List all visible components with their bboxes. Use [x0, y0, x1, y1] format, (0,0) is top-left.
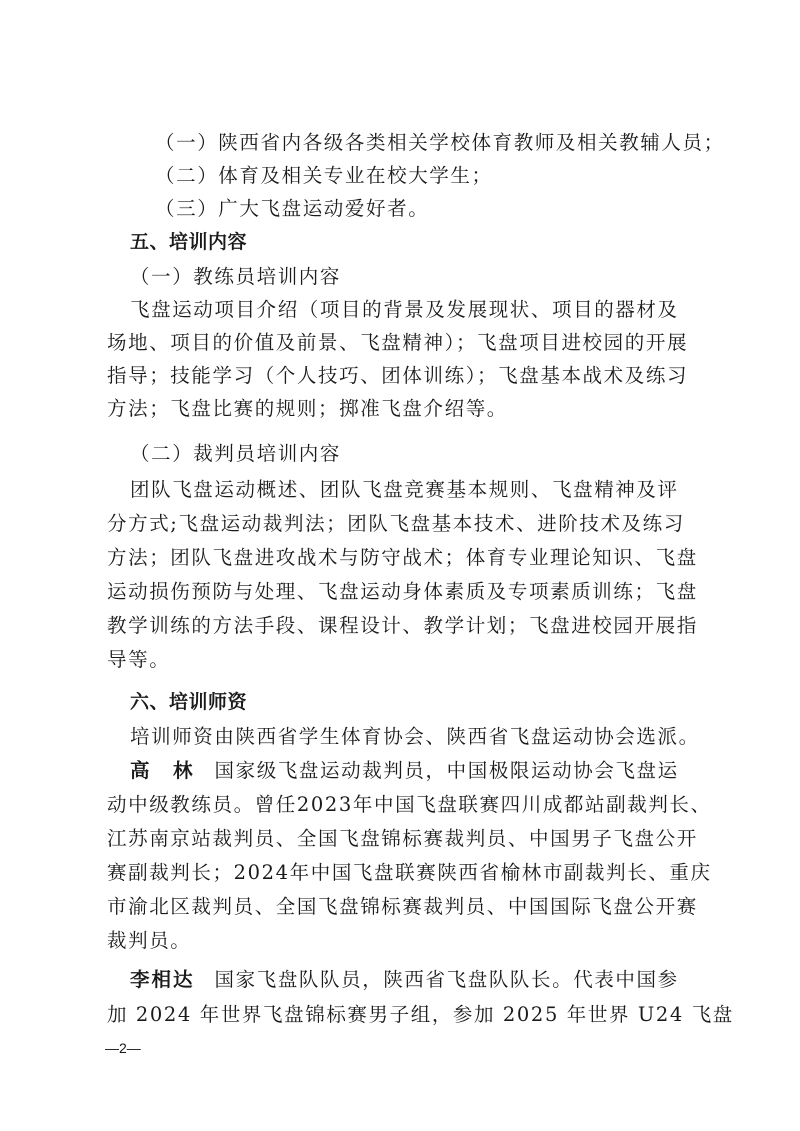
instructor-1-line: 市渝北区裁判员、全国飞盘锦标赛裁判员、中国国际飞盘公开赛: [107, 890, 707, 923]
instructor-2-desc: 国家飞盘队队员，陕西省飞盘队队长。代表中国参: [215, 968, 679, 991]
eligibility-item-3: （三）广大飞盘运动爱好者。: [155, 192, 710, 225]
coach-content-line: 飞盘运动项目介绍（项目的背景及发展现状、项目的器材及: [130, 293, 730, 326]
section-heading-training-content: 五、培训内容: [130, 226, 730, 259]
instructor-1-line: 动中级教练员。曾任2023年中国飞盘联赛四川成都站副裁判长、: [107, 788, 707, 821]
subsection-referee-title: （二）裁判员培训内容: [130, 437, 730, 470]
instructor-2-line: 加 2024 年世界飞盘锦标赛男子组，参加 2025 年世界 U24 飞盘: [107, 998, 707, 1031]
instructor-1-line: 江苏南京站裁判员、全国飞盘锦标赛裁判员、中国男子飞盘公开: [107, 822, 707, 855]
coach-content-line: 指导；技能学习（个人技巧、团体训练）；飞盘基本战术及练习: [107, 359, 707, 392]
referee-content-line: 教学训练的方法手段、课程设计、教学计划；飞盘进校园开展指: [107, 609, 707, 642]
referee-content-line: 导等。: [107, 643, 707, 676]
referee-content-line: 方法；团队飞盘进攻战术与防守战术；体育专业理论知识、飞盘: [107, 541, 707, 574]
page-number: —2—: [105, 1040, 141, 1056]
instructor-1-line: 裁判员。: [107, 924, 707, 957]
instructor-2-name: 李相达: [130, 968, 195, 991]
section-heading-instructors: 六、培训师资: [130, 686, 730, 719]
document-page: （一）陕西省内各级各类相关学校体育教师及相关教辅人员； （二）体育及相关专业在校…: [0, 0, 800, 1131]
instructor-1-first-line: 高 林国家级飞盘运动裁判员，中国极限运动协会飞盘运: [130, 754, 730, 787]
coach-content-line: 方法；飞盘比赛的规则；掷准飞盘介绍等。: [107, 392, 707, 425]
instructor-1-desc: 国家级飞盘运动裁判员，中国极限运动协会飞盘运: [215, 759, 679, 782]
eligibility-item-1: （一）陕西省内各级各类相关学校体育教师及相关教辅人员；: [155, 126, 710, 159]
instructor-2-first-line: 李相达国家飞盘队队员，陕西省飞盘队队长。代表中国参: [130, 963, 730, 996]
instructor-1-name: 高 林: [130, 759, 195, 782]
referee-content-line: 分方式;飞盘运动裁判法；团队飞盘基本技术、进阶技术及练习: [107, 507, 707, 540]
referee-content-line: 团队飞盘运动概述、团队飞盘竞赛基本规则、飞盘精神及评: [130, 473, 730, 506]
coach-content-line: 场地、项目的价值及前景、飞盘精神）；飞盘项目进校园的开展: [107, 326, 707, 359]
instructor-1-line: 赛副裁判长；2024年中国飞盘联赛陕西省榆林市副裁判长、重庆: [107, 856, 707, 889]
subsection-coach-title: （一）教练员培训内容: [130, 260, 730, 293]
instructors-intro: 培训师资由陕西省学生体育协会、陕西省飞盘运动协会选派。: [130, 720, 730, 753]
eligibility-item-2: （二）体育及相关专业在校大学生；: [155, 159, 710, 192]
referee-content-line: 运动损伤预防与处理、飞盘运动身体素质及专项素质训练；飞盘: [107, 575, 707, 608]
